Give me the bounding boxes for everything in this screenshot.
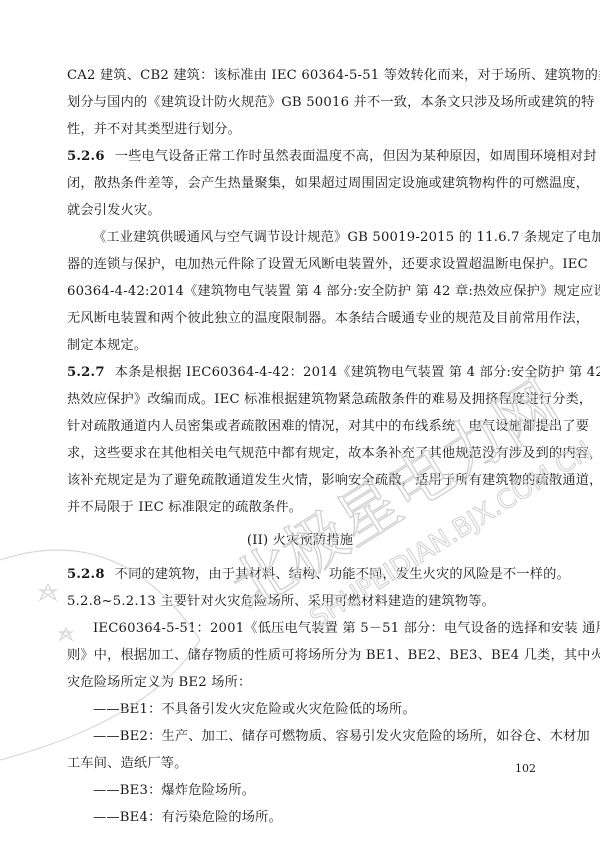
- text-line: 闭，散热条件差等，会产生热量聚集，如果超过周围固定设施或建筑物构件的可燃温度，: [67, 175, 537, 193]
- text-line: CA2 建筑、CB2 建筑：该标准由 IEC 60364-5-51 等效转化而来…: [67, 67, 537, 85]
- list-item-be3: ——BE3：爆炸危险场所。: [93, 782, 563, 800]
- section-heading: (II) 火灾预防措施: [0, 532, 600, 550]
- text-line: 本条是根据 IEC60364-4-42：2014《建筑物电气装置 第 4 部分:…: [115, 365, 600, 380]
- clause-5-2-8: 5.2.8不同的建筑物，由于其材料、结构、功能不同，发生火灾的风险是不一样的。: [67, 566, 537, 584]
- text-line: 并不局限于 IEC 标准限定的疏散条件。: [67, 499, 537, 517]
- page-number: 102: [515, 762, 536, 775]
- list-item-be2: ——BE2：生产、加工、储存可燃物质、容易引发火灾危险的场所，如谷仓、木材加: [93, 728, 563, 746]
- clause-5-2-7: 5.2.7本条是根据 IEC60364-4-42：2014《建筑物电气装置 第 …: [67, 364, 537, 382]
- text-line: 求，这些要求在其他相关电气规范中都有规定，故本条补充了其他规范没有涉及到的内容，: [67, 445, 537, 463]
- text-line: 则》中，根据加工、储存物质的性质可将场所分为 BE1、BE2、BE3、BE4 几…: [67, 647, 537, 665]
- text-line: 划分与国内的《建筑设计防火规范》GB 50016 并不一致，本条文只涉及场所或建…: [67, 94, 537, 112]
- text-line: 就会引发火灾。: [67, 202, 537, 220]
- list-item-be1: ——BE1：不具备引发火灾危险或火灾危险低的场所。: [93, 701, 563, 719]
- document-page: CA2 建筑、CB2 建筑：该标准由 IEC 60364-5-51 等效转化而来…: [0, 0, 600, 848]
- text-line: 一些电气设备正常工作时虽然表面温度不高，但因为某种原因，如周围环境相对封: [115, 149, 597, 164]
- text-line: 5.2.8~5.2.13 主要针对火灾危险场所、采用可燃材料建造的建筑物等。: [67, 593, 537, 611]
- text-line: 《工业建筑供暖通风与空气调节设计规范》GB 50019-2015 的 11.6.…: [93, 229, 563, 247]
- text-line: 性，并不对其类型进行划分。: [67, 121, 537, 139]
- text-line: 制定本规定。: [67, 337, 537, 355]
- text-line: 60364-4-42:2014《建筑物电气装置 第 4 部分:安全防护 第 42…: [67, 283, 537, 301]
- clause-number: 5.2.6: [67, 149, 105, 164]
- clause-5-2-6: 5.2.6一些电气设备正常工作时虽然表面温度不高，但因为某种原因，如周围环境相对…: [67, 148, 537, 166]
- text-line: 该补充规定是为了避免疏散通道发生火情，影响安全疏散，适用于所有建筑物的疏散通道，: [67, 472, 537, 490]
- text-line: 不同的建筑物，由于其材料、结构、功能不同，发生火灾的风险是不一样的。: [115, 567, 570, 582]
- text-line: 工车间、造纸厂等。: [67, 755, 537, 773]
- clause-number: 5.2.8: [67, 567, 105, 582]
- text-line: 无风断电装置和两个彼此独立的温度限制器。本条结合暖通专业的规范及目前常用作法，: [67, 310, 537, 328]
- list-item-be4: ——BE4：有污染危险的场所。: [93, 809, 563, 827]
- text-line: 热效应保护》改编而成。IEC 标准根据建筑物紧急疏散条件的难易及拥挤程度进行分类…: [67, 391, 537, 409]
- text-line: IEC60364-5-51：2001《低压电气装置 第 5－51 部分：电气设备…: [93, 620, 563, 638]
- text-line: 器的连锁与保护，电加热元件除了设置无风断电装置外，还要求设置超温断电保护。IEC: [67, 256, 537, 274]
- text-line: 针对疏散通道内人员密集或者疏散困难的情况，对其中的布线系统、电气设施都提出了要: [67, 418, 537, 436]
- clause-number: 5.2.7: [67, 365, 105, 380]
- text-line: 灾危险场所定义为 BE2 场所：: [67, 674, 537, 692]
